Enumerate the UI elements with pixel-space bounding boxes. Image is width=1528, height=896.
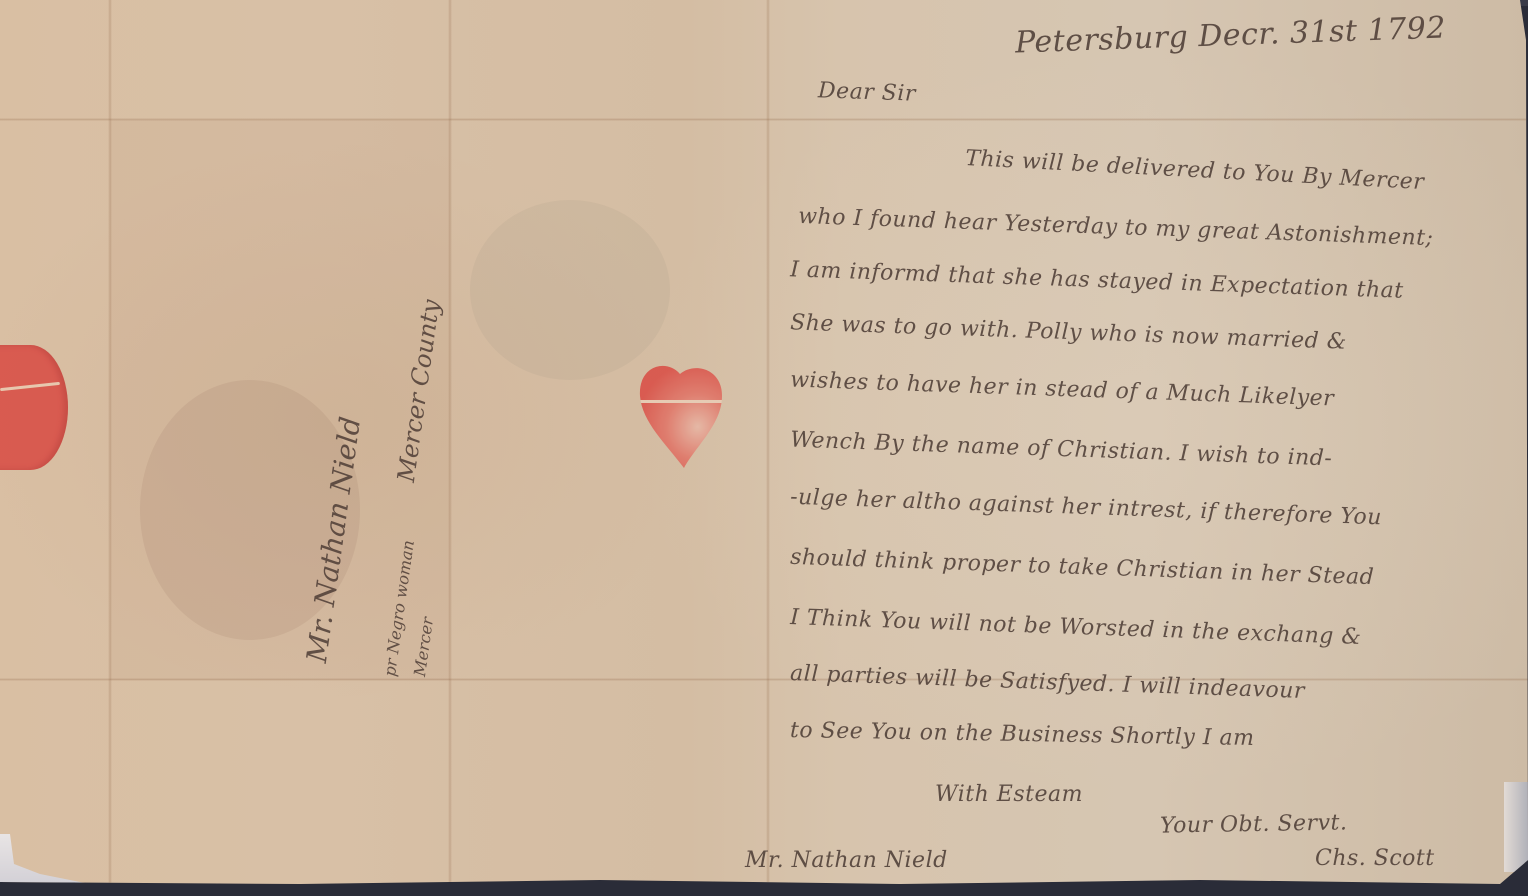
addressee: Mr. Nathan Nield	[745, 848, 948, 873]
fold-line-top	[0, 118, 1528, 121]
body-line: -ulge her altho against her intrest, if …	[790, 485, 1383, 531]
body-line: to See You on the Business Shortly I am	[790, 718, 1255, 751]
wax-seal-center	[636, 362, 724, 470]
letter-page: Mr. Nathan Nield Mercer County pr Negro …	[0, 0, 1528, 884]
body-line: This will be delivered to You By Mercer	[965, 146, 1425, 195]
address-panel: Mr. Nathan Nield Mercer County pr Negro …	[280, 170, 480, 670]
body-line: should think proper to take Christian in…	[790, 545, 1375, 590]
address-via-place: Mercer	[410, 616, 437, 678]
closing-servant: Your Obt. Servt.	[1160, 810, 1348, 838]
body-line: I Think You will not be Worsted in the e…	[790, 605, 1362, 650]
body-line: She was to go with. Polly who is now mar…	[790, 310, 1347, 354]
salutation: Dear Sir	[818, 78, 917, 106]
address-county: Mercer County	[392, 298, 445, 484]
body-line: wishes to have her in stead of a Much Li…	[790, 368, 1335, 412]
page-corner-curl	[1504, 782, 1528, 872]
body-line: I am informd that she has stayed in Expe…	[790, 257, 1404, 303]
stain	[470, 200, 670, 380]
body-line: Wench By the name of Christian. I wish t…	[790, 428, 1333, 472]
fold-line-left	[108, 0, 112, 884]
address-name: Mr. Nathan Nield	[300, 415, 367, 665]
fold-line-right	[766, 0, 770, 884]
wax-seal-left	[0, 345, 68, 470]
body-line: who I found hear Yesterday to my great A…	[798, 204, 1434, 251]
dateline: Petersburg Decr. 31st 1792	[1015, 10, 1447, 60]
closing-esteem: With Esteam	[935, 782, 1083, 807]
body-line: all parties will be Satisfyed. I will in…	[790, 661, 1306, 704]
page-corner-left	[0, 834, 90, 884]
signature: Chs. Scott	[1315, 846, 1435, 871]
